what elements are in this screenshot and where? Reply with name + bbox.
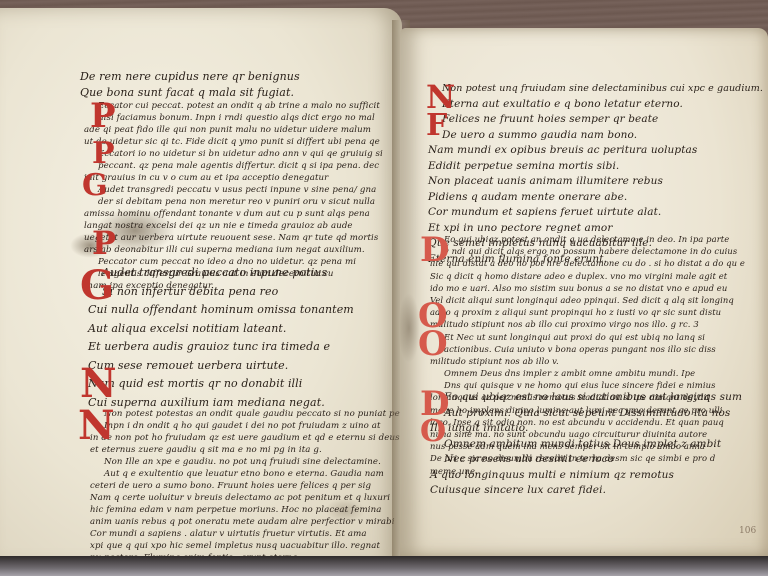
gloss-line: in de non pot ho fruiudam qz est uere ga…	[90, 432, 402, 444]
gloss-line: nisi faciamus bonum. Inpn i rndi questio…	[84, 112, 383, 124]
verse-line: Audet transgredi peccato inpune potius	[88, 264, 354, 283]
gloss-line: Inpn i dn ondit q ho qui gaudet i dei no…	[90, 420, 402, 432]
gloss-line: der si debitam pena non meretur reo v pu…	[84, 196, 383, 208]
verse-line: Omnem ambitum mundi totius Deus implet z…	[430, 437, 742, 453]
verse-line: Eo qui ubiqz est no laus si actionibus a…	[430, 390, 742, 406]
red-initial: G	[80, 262, 114, 309]
verse-line: Cor mundum et sapiens feruet uirtute ala…	[428, 205, 763, 221]
gloss-line: actionibus. Cuia uniuto v bona operas pu…	[430, 343, 745, 355]
verse-line: Nam quid est mortis qr no donabit illi	[88, 375, 354, 394]
gloss-line: init grauius in cu v o cum au et ipa acc…	[84, 172, 383, 184]
verse-line: Et uerbera audis grauioz tunc ira timeda…	[88, 338, 354, 357]
red-initial: O	[420, 414, 446, 449]
gutter-stain	[400, 293, 420, 363]
gloss-line: Eo qui ubiqz potest an ondit q ua delect…	[430, 233, 745, 245]
red-initial: N	[80, 360, 117, 407]
verse-line: Felices ne fruunt hoies semper qr beate	[428, 112, 763, 128]
gloss-line: adeo q proxim z aliqui sunt propinqui ho…	[430, 306, 745, 318]
gloss-line: Sic q dicit q homo distare adeo e duplex…	[430, 270, 745, 282]
folio-number: 106	[739, 526, 756, 536]
gloss-line: Cor mundi a sapiens . alatur v uirtutis …	[90, 528, 402, 540]
gloss-line: Non potest potestas an ondit quale gaudi…	[90, 408, 402, 420]
gloss-line: ceteri de uero a sumo bono. Fruunt hoies…	[90, 480, 402, 492]
verse-line: Cuiusque sincere lux caret fidei.	[430, 483, 742, 499]
red-initial: G	[82, 168, 108, 203]
gloss-line: ut de uidetur sic qi tc. Fide dicit q ym…	[84, 136, 383, 148]
red-initial: P	[92, 136, 115, 171]
gloss-line: Eccator cui peccat. potest an ondit q ab…	[84, 100, 383, 112]
gloss-line: ille qui distat a deo no pot hre delecta…	[430, 257, 745, 269]
manuscript-right-page: Non potest unq fruiudam sine delectamini…	[400, 28, 768, 556]
verse-line: Illi iungit imitatio.	[430, 421, 742, 437]
verse-line: A quo longinquus multi e nimium qz remot…	[430, 468, 742, 484]
gloss-line: Non Ille an xpe e gaudiu. no pot unq fru…	[90, 456, 402, 468]
verse-line: Cum sese remouet uerbera uirtute.	[88, 357, 354, 376]
gloss-line: Aut q e exultentio que leuatur etno bono…	[90, 468, 402, 480]
verse-line: Pidiens q audam mente onerare abe.	[428, 190, 763, 206]
red-initial: F	[426, 108, 447, 143]
gloss-line: mulitudo stipiunt nos ab illo cui proxim…	[430, 318, 745, 330]
gloss-line: peccant. qz pena male agentis differtur.…	[84, 160, 383, 172]
left-verse-block: Audet transgredi peccato inpune potius S…	[88, 264, 354, 412]
gloss-line: v ndi qui dicit alqs ergo no possum habe…	[430, 245, 745, 257]
verse-line: Si non infertur debita pena reo	[88, 283, 354, 302]
manuscript-left-page: De rem nere cupidus nere qr benignus Que…	[0, 8, 402, 568]
red-initial: N	[78, 402, 115, 449]
red-initial: D	[420, 230, 449, 270]
gloss-line: amissa hominu offendant tonante v dum au…	[84, 208, 383, 220]
gloss-line: langat nostra excelsi dei qz un nie e ti…	[84, 220, 383, 232]
gloss-line: hic femina edam v nam perpetue moriuns. …	[90, 504, 402, 516]
gloss-line: Eccatori io no uidetur si bn uidetur adn…	[84, 148, 383, 160]
gloss-line: xpi que q qui xpo hic semel impletus nus…	[90, 540, 402, 552]
verse-line: Edidit perpetue semina mortis sibi.	[428, 159, 763, 175]
gloss-line: Et Nec ut sunt longinqui aut proxi do qu…	[430, 331, 745, 343]
gloss-line: anim uanis rebus q pot oneratu mete auda…	[90, 516, 402, 528]
gloss-line: ars ab deonabitur illi cui superna media…	[84, 244, 383, 256]
red-initial: P	[90, 96, 116, 136]
gloss-line: Omnem Deus dns impler z ambit omne ambit…	[430, 367, 745, 379]
left-top-verse: De rem nere cupidus nere qr benignus Que…	[80, 68, 300, 99]
right-bottom-verse: Eo qui ubiqz est no laus si actionibus a…	[430, 390, 742, 499]
verse-line: De uero a summo gaudia nam bono.	[428, 128, 763, 144]
gloss-line: Nam q certe uoluitur v breuis delectamo …	[90, 492, 402, 504]
gloss-line: Vel dicit aliqui sunt longinqui adeo ppi…	[430, 294, 745, 306]
verse-line: Cui nulla offendant hominum omissa tonan…	[88, 301, 354, 320]
gloss-line: uegetat aur uerbera uirtute reuouent ses…	[84, 232, 383, 244]
verse-line: Non placeat uanis animam illumitere rebu…	[428, 174, 763, 190]
verse-line: Nec presens ulli desinit ee loco	[430, 452, 742, 468]
verse-line: Aut aliqua excelsi notitiam lateant.	[88, 320, 354, 339]
book-bottom-edge	[0, 556, 768, 576]
gloss-line: ido mo e uari. Also mo sistim suu bonus …	[430, 282, 745, 294]
red-initial: O	[418, 324, 448, 364]
left-lower-gloss-block: Non potest potestas an ondit quale gaudi…	[90, 408, 402, 564]
gloss-line: Audet transgredi peccatu v usus pecti in…	[84, 184, 383, 196]
verse-line: Non potest unq fruiudam sine delectamini…	[428, 81, 763, 97]
gloss-line: ade qi peat fido ille qui non punit malu…	[84, 124, 383, 136]
gloss-line: et eternus zuere gaudiu q sit ma e no mi…	[90, 444, 402, 456]
verse-line: De rem nere cupidus nere qr benignus	[80, 68, 300, 87]
verse-line: Nam mundi ex opibus breuis ac peritura u…	[428, 143, 763, 159]
gloss-line: militudo stipiunt nos ab illo v.	[430, 355, 745, 367]
verse-line: Aut proximi. Quia sicut sepeunt Dissimil…	[430, 406, 742, 422]
verse-line: Eterna aut exultatio e q bono letatur et…	[428, 97, 763, 113]
red-initial: P	[92, 224, 116, 262]
